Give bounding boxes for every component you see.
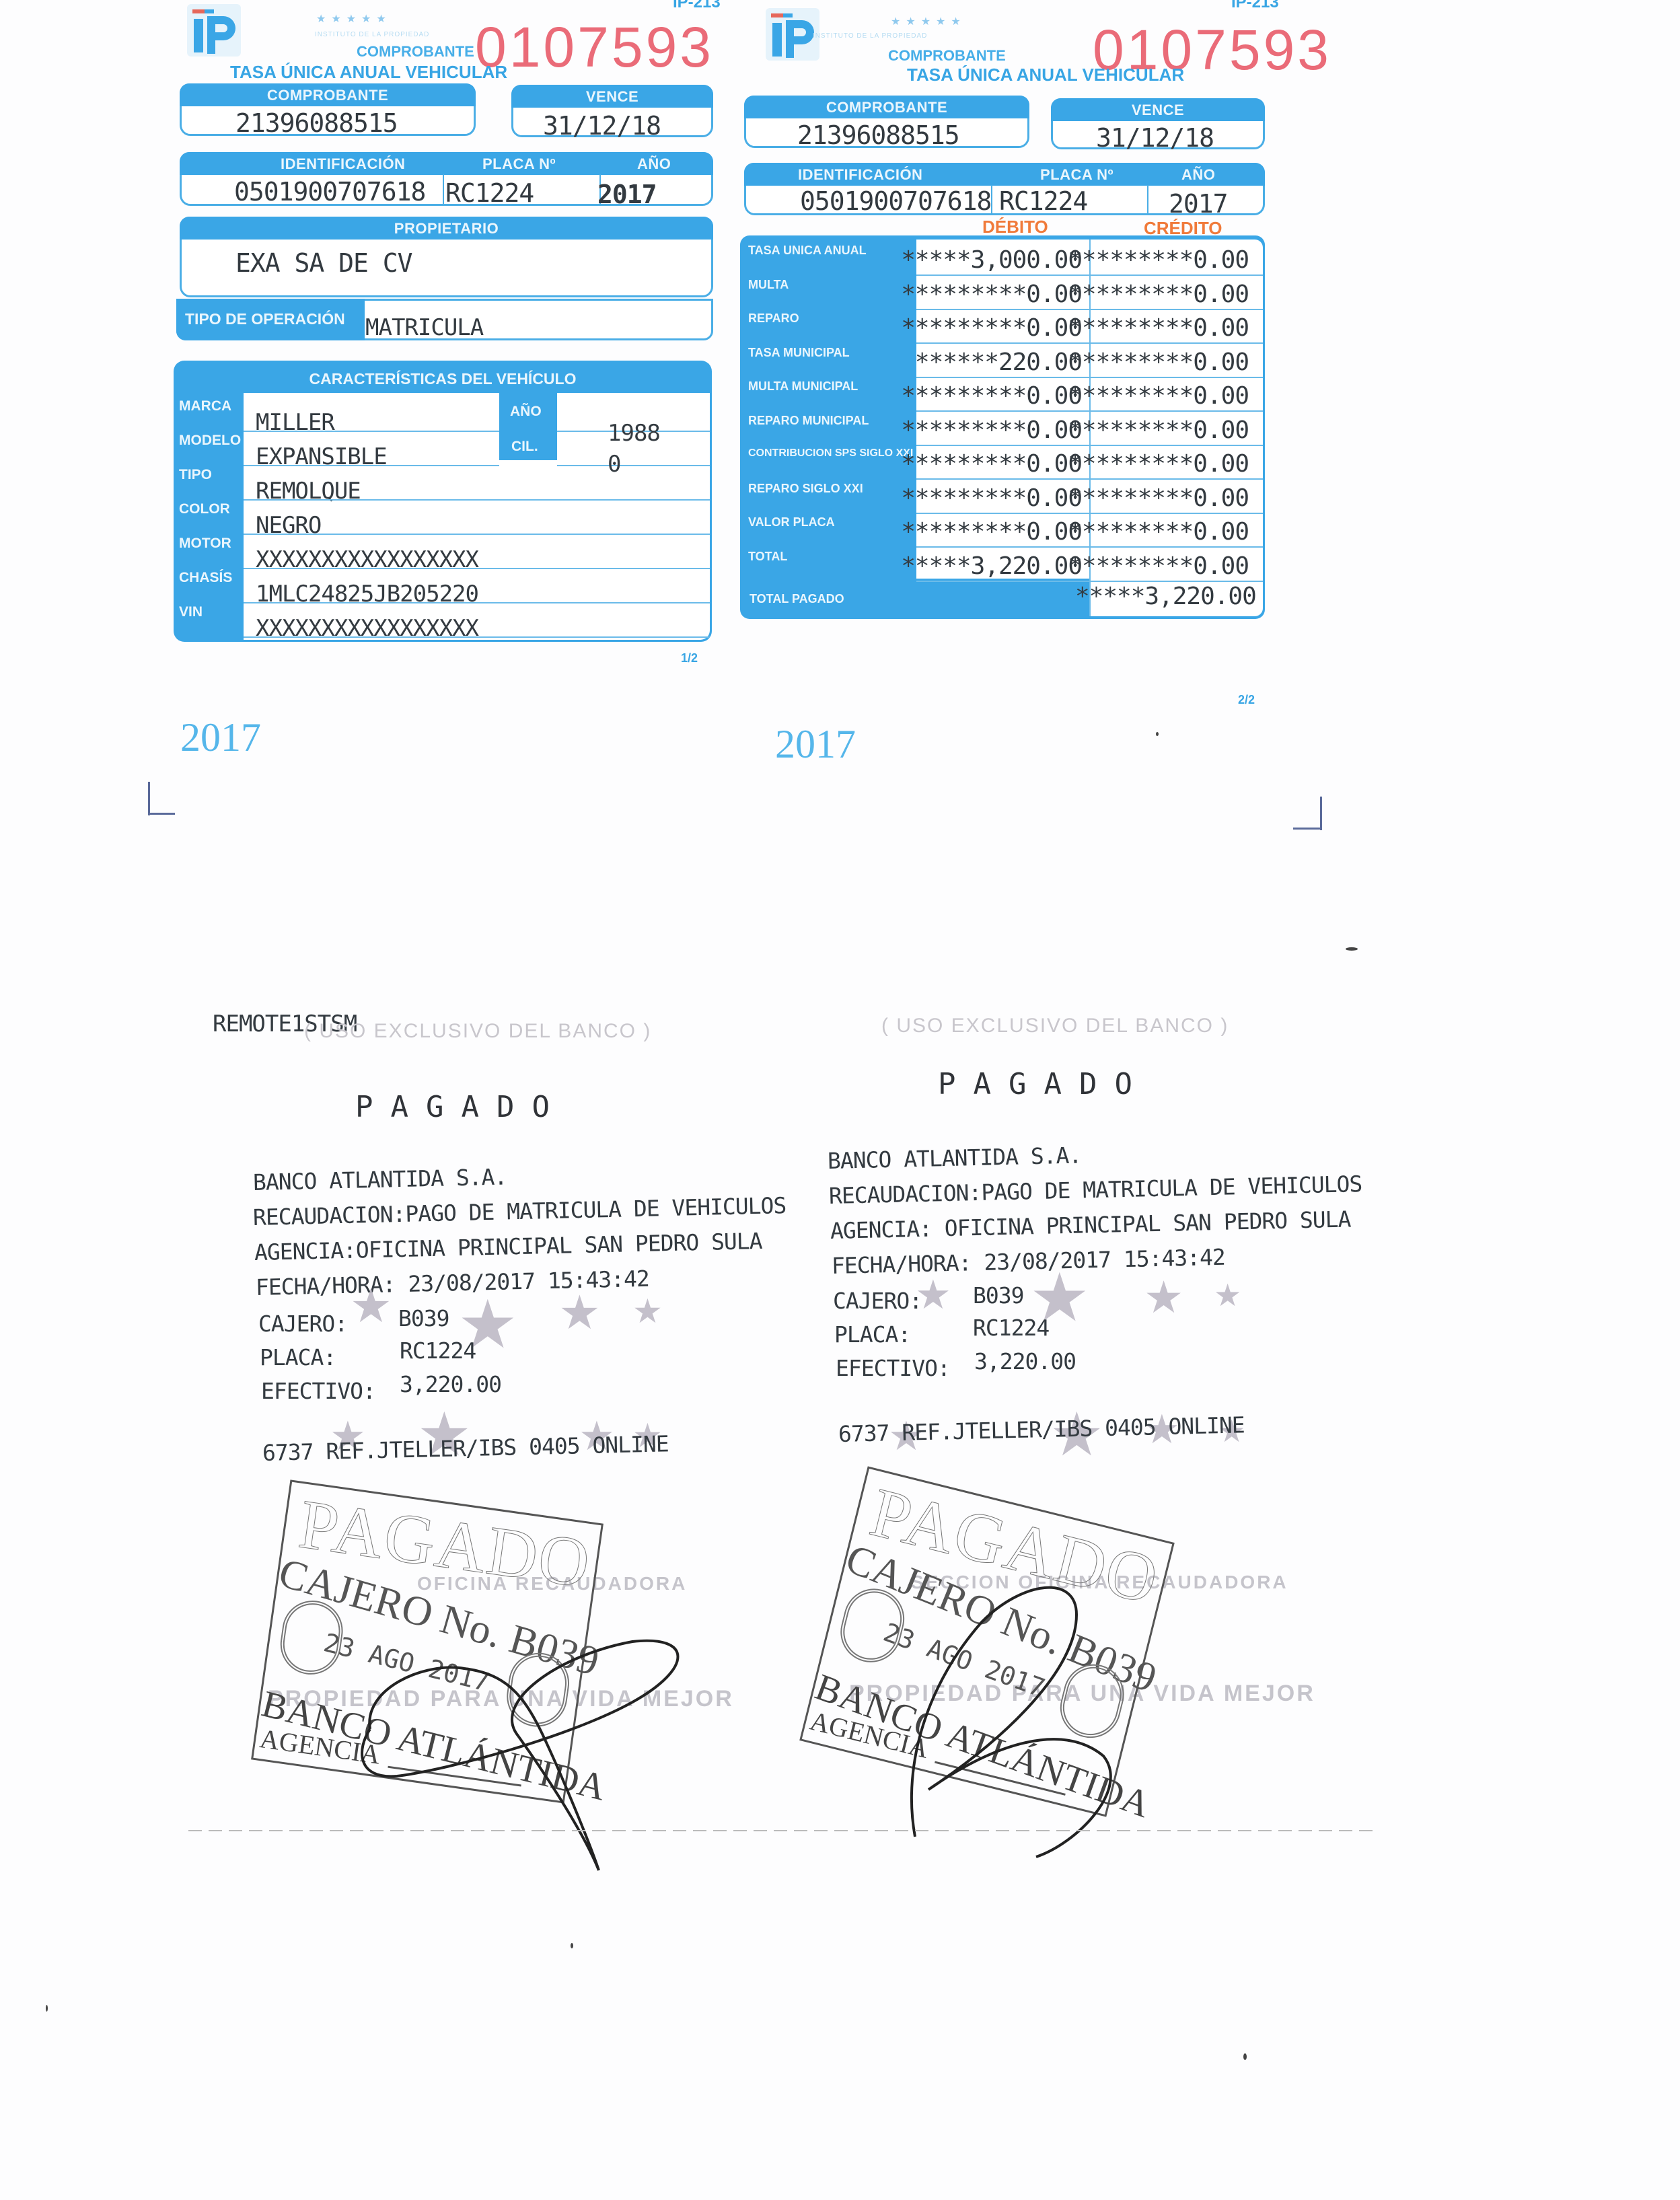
bank-receipt-right: ( USO EXCLUSIVO DEL BANCO ) PAGADO BANCO… — [0, 969, 1680, 1843]
vence-box: VENCE 31/12/18 — [1051, 98, 1265, 149]
anio-value: 2017 — [1169, 189, 1228, 219]
debit-value: *********0.00 — [901, 518, 1082, 546]
crop-mark — [148, 782, 150, 815]
ip-logo-icon — [766, 8, 819, 61]
vence-value: 31/12/18 — [1096, 123, 1214, 153]
amount-row-label: REPARO — [748, 311, 799, 326]
crop-mark — [148, 813, 175, 815]
total-pagado-value: *****3,220.00 — [1075, 583, 1256, 610]
credit-value: *********0.00 — [1068, 349, 1249, 376]
credit-value: *********0.00 — [1068, 518, 1249, 546]
pagado-status: PAGADO — [938, 1067, 1150, 1101]
total-pagado-label: TOTAL PAGADO — [750, 592, 844, 606]
efectivo-label: EFECTIVO: — [836, 1355, 950, 1381]
efectivo-value: 3,220.00 — [974, 1348, 1076, 1374]
debit-value: *********0.00 — [901, 450, 1082, 478]
placa-value: RC1224 — [999, 186, 1087, 216]
crop-mark — [1320, 797, 1322, 830]
debit-value: ******220.00 — [915, 349, 1082, 376]
crop-mark — [1293, 828, 1321, 830]
receipt-line: BANCO ATLANTIDA S.A. — [828, 1142, 1082, 1174]
amount-row-label: MULTA — [748, 278, 789, 292]
debit-value: *****3,220.00 — [901, 552, 1082, 580]
debit-value: *********0.00 — [901, 382, 1082, 410]
credit-value: *********0.00 — [1068, 552, 1249, 580]
identificacion-box: IDENTIFICACIÓN PLACA Nº AÑO 050190070761… — [744, 163, 1265, 215]
credit-value: *********0.00 — [1068, 246, 1249, 274]
cajero-label: CAJERO: — [833, 1288, 922, 1314]
amount-row-label: MULTA MUNICIPAL — [748, 379, 858, 394]
placa-label: PLACA: — [834, 1321, 910, 1348]
comprobante-box: COMPROBANTE 21396088515 — [744, 96, 1029, 148]
cajero-value: B039 — [973, 1282, 1023, 1309]
amount-row-label: REPARO SIGLO XXI — [748, 482, 863, 496]
year-stamp: 2017 — [775, 721, 856, 768]
signature — [875, 1561, 1130, 1870]
debit-value: *****3,000.00 — [901, 246, 1082, 274]
uso-exclusivo: ( USO EXCLUSIVO DEL BANCO ) — [881, 1015, 1229, 1037]
debit-value: *********0.00 — [901, 484, 1082, 512]
amount-row-label: TASA MUNICIPAL — [748, 346, 850, 360]
credit-value: *********0.00 — [1068, 416, 1249, 444]
credit-value: *********0.00 — [1068, 484, 1249, 512]
receipt-line: RECAUDACION:PAGO DE MATRICULA DE VEHICUL… — [829, 1171, 1362, 1209]
credit-value: *********0.00 — [1068, 450, 1249, 478]
document-title: TASA ÚNICA ANUAL VEHICULAR — [907, 65, 1184, 85]
identificacion-value: 0501900707618 — [800, 186, 991, 216]
comprobante-value: 21396088515 — [797, 120, 959, 150]
serial-label: COMPROBANTE — [888, 47, 1006, 65]
credit-value: *********0.00 — [1068, 314, 1249, 342]
amounts-table: TASA UNICA ANUAL*****3,000.00*********0.… — [740, 235, 1265, 619]
placa-value: RC1224 — [973, 1315, 1049, 1341]
amount-row-label: VALOR PLACA — [748, 515, 835, 529]
amount-row-label: REPARO MUNICIPAL — [748, 414, 869, 428]
receipt-line: AGENCIA: OFICINA PRINCIPAL SAN PEDRO SUL… — [830, 1206, 1351, 1244]
debito-header: DÉBITO — [982, 217, 1048, 237]
amount-row-label: TOTAL — [748, 550, 787, 564]
cut-line — [188, 1830, 1373, 1831]
credit-value: *********0.00 — [1068, 281, 1249, 308]
amount-row-label: CONTRIBUCION SPS SIGLO XXI — [748, 447, 913, 460]
debit-value: *********0.00 — [901, 314, 1082, 342]
page-indicator: 2/2 — [1238, 693, 1255, 707]
debit-value: *********0.00 — [901, 281, 1082, 308]
institution-name: INSTITUTO DE LA PROPIEDAD — [813, 32, 927, 40]
credit-value: *********0.00 — [1068, 382, 1249, 410]
debit-value: *********0.00 — [901, 416, 1082, 444]
amount-row-label: TASA UNICA ANUAL — [748, 244, 867, 258]
tax-receipt-page-2: ★★★★★ INSTITUTO DE LA PROPIEDAD IP-213 C… — [0, 0, 1680, 740]
stars-icon: ★★★★★ — [891, 15, 966, 28]
form-number: IP-213 — [1231, 0, 1279, 12]
